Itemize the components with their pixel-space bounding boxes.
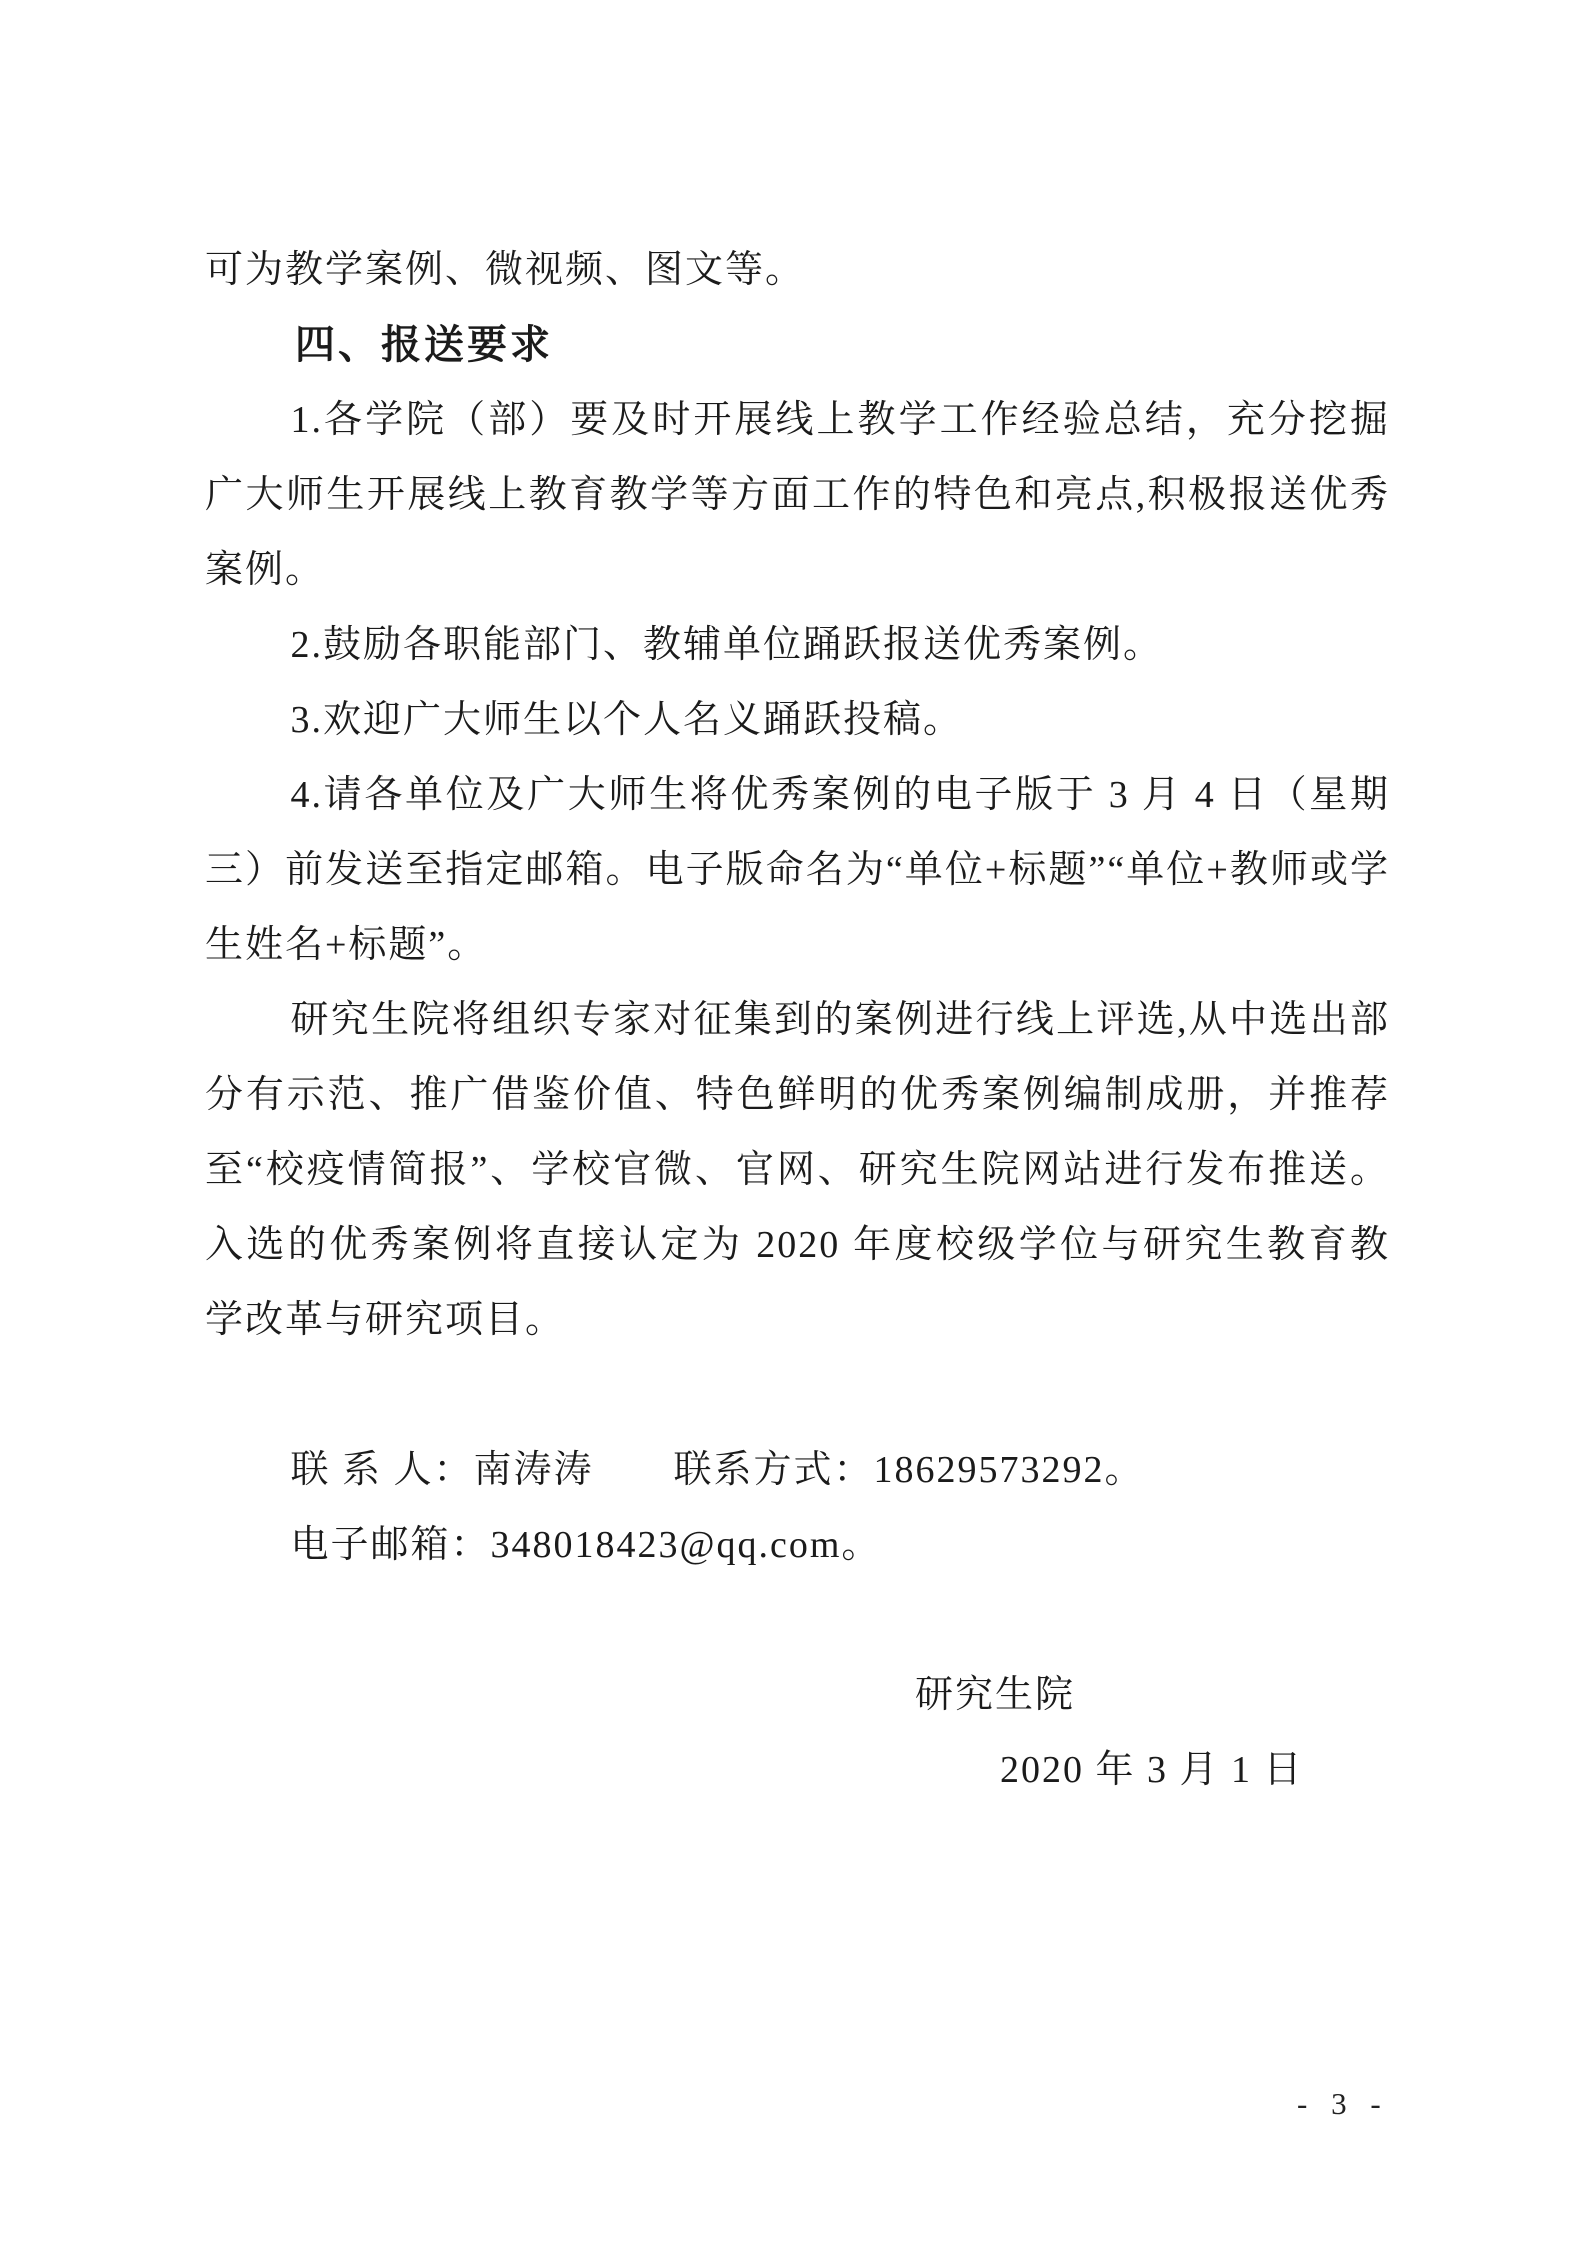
blank-line — [205, 1358, 1390, 1433]
signature-organization: 研究生院 — [205, 1658, 1390, 1733]
contact-email-line: 电子邮箱：348018423@qq.com。 — [205, 1508, 1390, 1583]
paragraph-item-1: 1.各学院（部）要及时开展线上教学工作经验总结，充分挖掘广大师生开展线上教育教学… — [205, 383, 1390, 608]
signature-date: 2020 年 3 月 1 日 — [205, 1733, 1390, 1808]
contact-person-line: 联 系 人：南涛涛 联系方式：18629573292。 — [205, 1433, 1390, 1508]
paragraph-item-4: 4.请各单位及广大师生将优秀案例的电子版于 3 月 4 日（星期三）前发送至指定… — [205, 758, 1390, 983]
paragraph-item-2: 2.鼓励各职能部门、教辅单位踊跃报送优秀案例。 — [205, 608, 1390, 683]
paragraph-closing: 研究生院将组织专家对征集到的案例进行线上评选,从中选出部分有示范、推广借鉴价值、… — [205, 983, 1390, 1358]
blank-line — [205, 1583, 1390, 1658]
document-body: 可为教学案例、微视频、图文等。 四、报送要求 1.各学院（部）要及时开展线上教学… — [205, 233, 1390, 1808]
document-page: 可为教学案例、微视频、图文等。 四、报送要求 1.各学院（部）要及时开展线上教学… — [0, 0, 1587, 2245]
page-number: - 3 - — [1297, 2086, 1389, 2122]
continuation-paragraph: 可为教学案例、微视频、图文等。 — [205, 233, 1390, 308]
paragraph-item-3: 3.欢迎广大师生以个人名义踊跃投稿。 — [205, 683, 1390, 758]
section-heading: 四、报送要求 — [205, 308, 1390, 383]
